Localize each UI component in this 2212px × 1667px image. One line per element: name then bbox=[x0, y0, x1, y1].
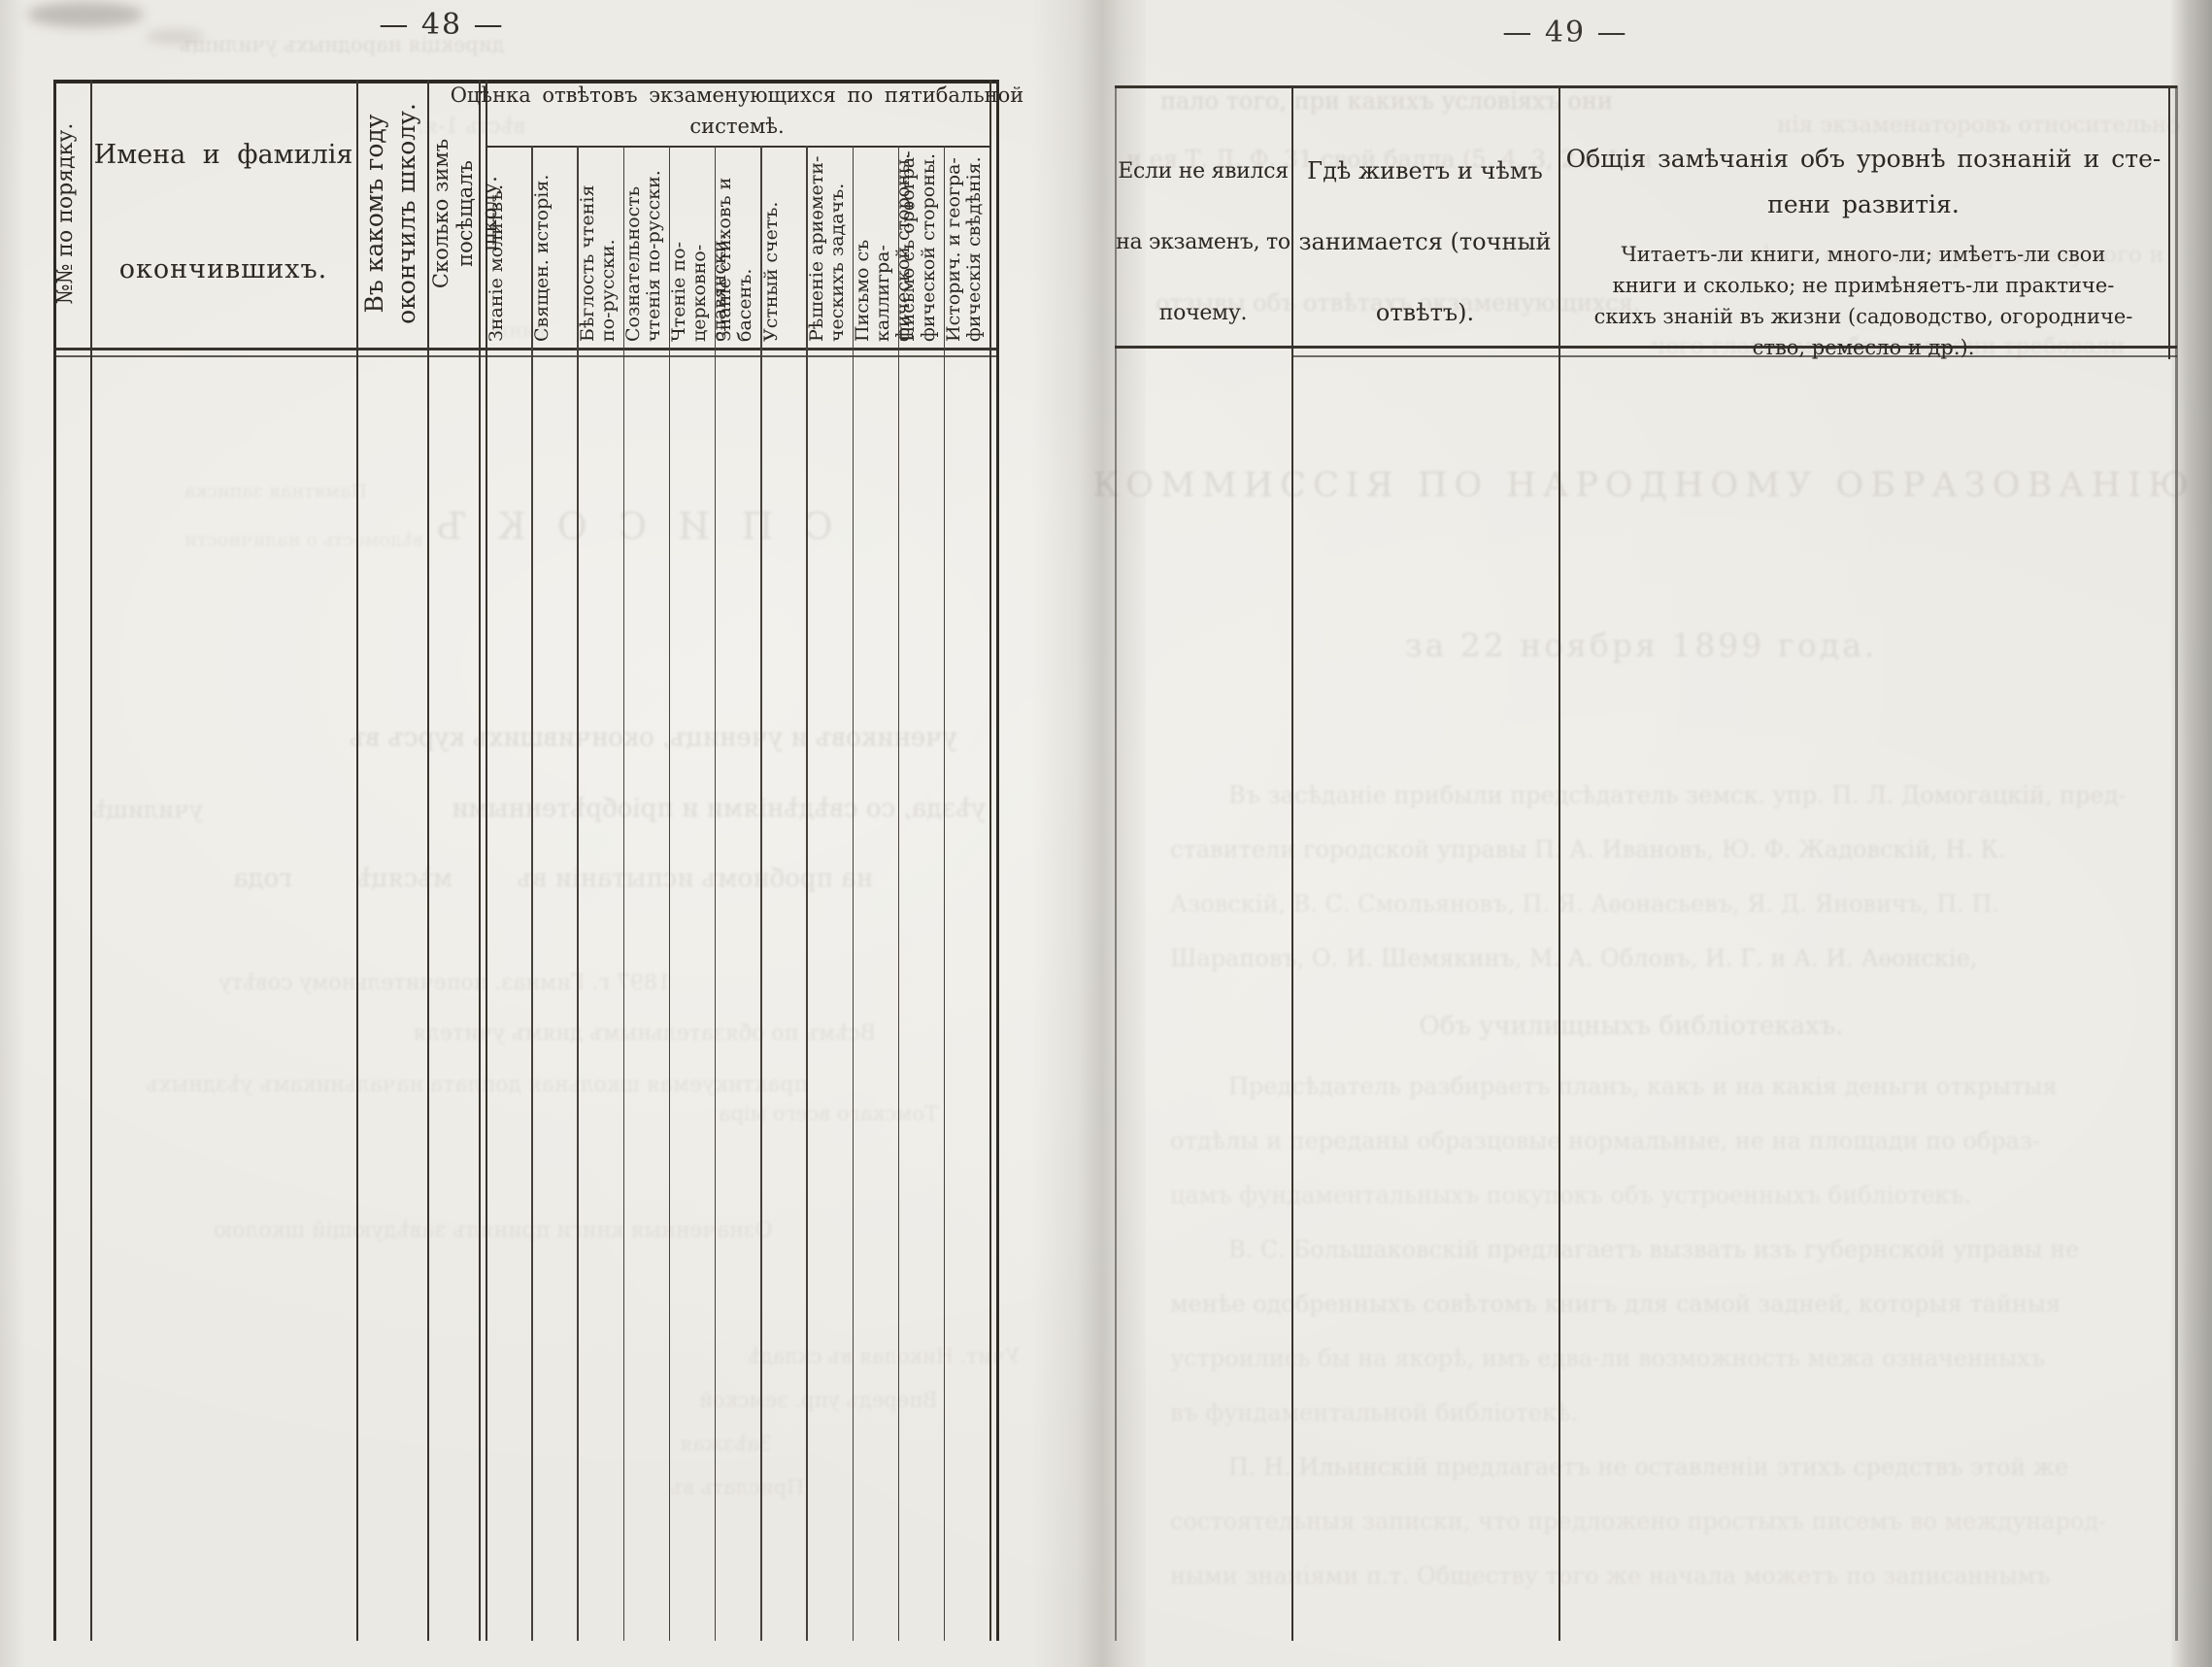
ghost-text: Памятная записка bbox=[184, 481, 367, 502]
ghost-text: состоятельныя записки, что предложено пр… bbox=[1170, 1508, 2106, 1535]
ghost-text: чего главнымъ образомъ они требовали bbox=[1651, 334, 2125, 359]
ghost-text: Объ училищныхъ библіотекахъ. bbox=[1419, 1012, 1843, 1041]
ghost-text: Всѣмъ по обязательнымъ днямъ учителя bbox=[413, 1021, 876, 1046]
ghost-text: Впередъ упр. земской bbox=[699, 1388, 938, 1412]
ghost-text: П. Н. Ильинскій предлагаетъ не оставлені… bbox=[1228, 1453, 2068, 1481]
ghost-text: вѣсть 1-я. bbox=[418, 115, 525, 139]
ghost-text: Прислать въ bbox=[670, 1476, 804, 1499]
ghost-text: училищѣ bbox=[92, 796, 203, 823]
ghost-text: КОММИССІЯ ПО НАРОДНОМУ ОБРАЗОВАНІЮ bbox=[1092, 466, 2195, 505]
ghost-text: за 22 ноября 1899 года. bbox=[1405, 626, 1878, 664]
ghost-text: Означенныя книги принялъ завѣдующій школ… bbox=[214, 1218, 773, 1243]
ghost-text: Предсѣдатель разбираетъ планъ, какъ и на… bbox=[1228, 1073, 2058, 1100]
ghost-text: Шараповъ, О. И. Шемякинъ, М. А. Обловъ, … bbox=[1170, 945, 1977, 972]
ghost-text: отмѣтки по каждому предмету того и bbox=[1719, 243, 2164, 268]
ghost-text: ставители городской управы П. А. Ивановъ… bbox=[1170, 836, 2006, 863]
ghost-text: ными знаніями п.т. Обществу того же нача… bbox=[1170, 1562, 2050, 1589]
ghost-text: 1897 г. Гимназ. попечительному совѣту bbox=[218, 971, 671, 995]
ghost-text: Учит. Николая въ складѣ bbox=[748, 1345, 1020, 1368]
ghost-text: В. С. Большаковскій предлагаетъ вызвать … bbox=[1228, 1236, 2079, 1263]
ghost-text: Томскаго всего міра bbox=[719, 1102, 938, 1125]
ghost-text: учениковъ и ученицъ, окончившихъ курсъ в… bbox=[350, 723, 957, 752]
ghost-text: вины bbox=[493, 318, 546, 342]
ghost-text: цамъ фундаментальныхъ покупокъ объ устро… bbox=[1170, 1182, 1971, 1209]
ghost-text: устроились бы на якорѣ, имъ едва-ли возм… bbox=[1170, 1345, 2045, 1372]
ghost-text: Заѣзжая bbox=[680, 1432, 772, 1455]
ghost-text: въ фундаментальной библіотекѣ. bbox=[1170, 1399, 1578, 1426]
ghost-text: Въ засѣданіе прибыли предсѣдатель земск.… bbox=[1228, 782, 2127, 809]
ghost-text: отдѣлы и переданы образцовые нормальные,… bbox=[1170, 1127, 2040, 1154]
bleedthrough-ghost-text-layer: дирекція народныхъ училищъвѣсть 1-я.вины… bbox=[0, 0, 2212, 1667]
ghost-text: вѣдомость о наличности bbox=[184, 529, 423, 550]
ghost-text: менѣе одобренныхъ совѣтомъ книгъ для сам… bbox=[1170, 1290, 2061, 1317]
scanned-book-spread: — 48 — — 49 — №№ по порядку. Имена и фам… bbox=[0, 0, 2212, 1667]
ghost-text: отзывы объ отвѣтахъ экзаменующихся. bbox=[1156, 289, 1640, 317]
ghost-text: уѣзда, со свѣдѣніями и пріобрѣтенными bbox=[452, 794, 986, 823]
ghost-text: и ея Т. Д. Ф. 31 свой балла (5, 4, 3, 2 … bbox=[1126, 146, 1653, 173]
ghost-text: на пробномъ испытаніи въ мѣсяцѣ года bbox=[233, 864, 873, 893]
ghost-text: практикуемая школьная доплата начальника… bbox=[146, 1073, 808, 1097]
ghost-text: Азовскій, В. С. Смольяновъ, П. Я. Аѳонас… bbox=[1170, 890, 1999, 917]
ghost-text: С П И С О К Ъ bbox=[427, 505, 833, 548]
ghost-text: нія экзаменаторовъ относительно bbox=[1777, 113, 2180, 138]
ghost-text: дирекція народныхъ училищъ bbox=[180, 33, 505, 56]
ghost-text: пало того, при какихъ условіяхъ они bbox=[1160, 87, 1613, 115]
